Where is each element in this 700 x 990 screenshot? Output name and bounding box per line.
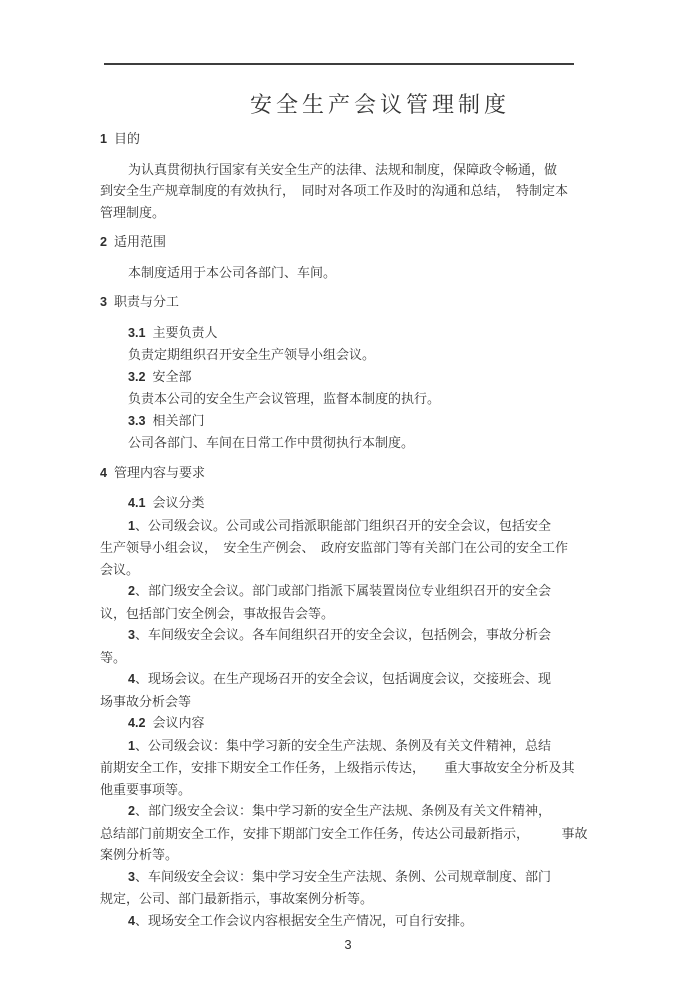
list-item-line: 规定，公司、部门最新指示，事故案例分析等。 — [100, 888, 596, 910]
item-number: 1 — [100, 132, 107, 146]
item-number: 4 — [100, 466, 107, 480]
text-content: 安全部 — [153, 369, 192, 384]
list-item-line: 前期安全工作，安排下期安全工作任务，上级指示传达， 重大事故安全分析及其 — [100, 757, 596, 779]
subsection-heading: 4.1会议分类 — [100, 492, 596, 515]
text-content: 为认真贯彻执行国家有关安全生产的法律、法规和制度，保障政令畅通，做 — [128, 162, 557, 177]
list-item-line: 2、部门级安全会议：集中学习新的安全生产法规、条例及有关文件精神， — [100, 800, 596, 823]
paragraph-line: 管理制度。 — [100, 202, 596, 224]
text-content: 会议内容 — [153, 715, 205, 730]
text-content: 等。 — [100, 650, 126, 665]
item-number: 1 — [128, 739, 135, 753]
list-item-line: 议，包括部门安全例会，事故报告会等。 — [100, 603, 596, 625]
text-content: 、现场会议。在生产现场召开的安全会议，包括调度会议，交接班会、现 — [135, 671, 551, 686]
document-page: 安全生产会议管理制度 1目的为认真贯彻执行国家有关安全生产的法律、法规和制度，保… — [0, 0, 700, 990]
item-number: 2 — [128, 804, 135, 818]
text-content: 公司各部门、车间在日常工作中贯彻执行本制度。 — [128, 435, 414, 450]
text-content: 管理内容与要求 — [114, 465, 205, 480]
list-item-line: 等。 — [100, 647, 596, 669]
text-content: 负责定期组织召开安全生产领导小组会议。 — [128, 347, 375, 362]
text-content: 、部门级安全会议：集中学习新的安全生产法规、条例及有关文件精神， — [135, 803, 551, 818]
paragraph-line: 本制度适用于本公司各部门、车间。 — [100, 262, 596, 284]
text-content: 、车间级安全会议。各车间组织召开的安全会议，包括例会，事故分析会 — [135, 627, 551, 642]
text-content: 议，包括部门安全例会，事故报告会等。 — [100, 606, 334, 621]
paragraph-line: 负责定期组织召开安全生产领导小组会议。 — [100, 344, 596, 366]
paragraph-line: 负责本公司的安全生产会议管理，监督本制度的执行。 — [100, 388, 596, 410]
item-number: 4 — [128, 672, 135, 686]
text-content: 相关部门 — [153, 413, 205, 428]
item-number: 1 — [128, 519, 135, 533]
item-number: 4.2 — [128, 716, 146, 730]
header-rule — [104, 63, 574, 65]
text-content: 主要负责人 — [153, 325, 218, 340]
list-item-line: 3、车间级安全会议。各车间组织召开的安全会议，包括例会，事故分析会 — [100, 624, 596, 647]
text-content: 、公司级会议：集中学习新的安全生产法规、条例及有关文件精神，总结 — [135, 738, 551, 753]
text-content: 规定，公司、部门最新指示，事故案例分析等。 — [100, 891, 373, 906]
item-number: 3 — [128, 870, 135, 884]
item-number: 3.3 — [128, 414, 146, 428]
list-item-line: 他重要事项等。 — [100, 779, 596, 801]
text-content: 本制度适用于本公司各部门、车间。 — [128, 265, 336, 280]
item-number: 3.1 — [128, 326, 146, 340]
item-number: 3.2 — [128, 370, 146, 384]
text-content: 管理制度。 — [100, 205, 165, 220]
list-item-line: 会议。 — [100, 559, 596, 581]
page-number: 3 — [100, 934, 596, 956]
text-content: 、车间级安全会议：集中学习安全生产法规、条例、公司规章制度、部门 — [135, 869, 551, 884]
text-content: 他重要事项等。 — [100, 782, 191, 797]
list-item-line: 4、现场会议。在生产现场召开的安全会议，包括调度会议，交接班会、现 — [100, 668, 596, 691]
text-content: 场事故分析会等 — [100, 694, 191, 709]
text-content: 目的 — [114, 131, 140, 146]
text-content: 、公司级会议。公司或公司指派职能部门组织召开的安全会议，包括安全 — [135, 518, 551, 533]
text-content: 职责与分工 — [114, 294, 179, 309]
text-content: 生产领导小组会议， 安全生产例会、 政府安监部门等有关部门在公司的安全工作 — [100, 540, 568, 555]
list-item-line: 1、公司级会议：集中学习新的安全生产法规、条例及有关文件精神，总结 — [100, 735, 596, 758]
paragraph-line: 为认真贯彻执行国家有关安全生产的法律、法规和制度，保障政令畅通，做 — [100, 159, 596, 181]
section-heading: 4管理内容与要求 — [100, 462, 596, 485]
text-content: 、现场安全工作会议内容根据安全生产情况，可自行安排。 — [135, 913, 473, 928]
list-item-line: 4、现场安全工作会议内容根据安全生产情况，可自行安排。 — [100, 910, 596, 933]
text-content: 会议分类 — [153, 495, 205, 510]
subsection-heading: 3.1主要负责人 — [100, 322, 596, 345]
section-heading: 2适用范围 — [100, 231, 596, 254]
list-item-line: 1、公司级会议。公司或公司指派职能部门组织召开的安全会议，包括安全 — [100, 515, 596, 538]
subsection-heading: 4.2会议内容 — [100, 712, 596, 735]
subsection-heading: 3.2安全部 — [100, 366, 596, 389]
document-title: 安全生产会议管理制度 — [100, 90, 596, 120]
item-number: 2 — [128, 584, 135, 598]
section-heading: 3职责与分工 — [100, 291, 596, 314]
list-item-line: 生产领导小组会议， 安全生产例会、 政府安监部门等有关部门在公司的安全工作 — [100, 537, 596, 559]
section-heading: 1目的 — [100, 128, 596, 151]
item-number: 3 — [100, 295, 107, 309]
list-item-line: 3、车间级安全会议：集中学习安全生产法规、条例、公司规章制度、部门 — [100, 866, 596, 889]
text-content: 总结部门前期安全工作，安排下期部门安全工作任务，传达公司最新指示， 事故 — [100, 826, 588, 841]
text-content: 负责本公司的安全生产会议管理，监督本制度的执行。 — [128, 391, 440, 406]
text-content: 会议。 — [100, 562, 139, 577]
text-content: 前期安全工作，安排下期安全工作任务，上级指示传达， 重大事故安全分析及其 — [100, 760, 575, 775]
text-content: 适用范围 — [114, 234, 166, 249]
text-content: 案例分析等。 — [100, 847, 178, 862]
text-content: 到安全生产规章制度的有效执行， 同时对各项工作及时的沟通和总结， 特制定本 — [100, 183, 568, 198]
document-content: 安全生产会议管理制度 1目的为认真贯彻执行国家有关安全生产的法律、法规和制度，保… — [100, 0, 596, 956]
list-item-line: 2、部门级安全会议。部门或部门指派下属装置岗位专业组织召开的安全会 — [100, 580, 596, 603]
item-number: 4.1 — [128, 496, 146, 510]
document-body: 1目的为认真贯彻执行国家有关安全生产的法律、法规和制度，保障政令畅通，做到安全生… — [100, 128, 596, 932]
text-content: 、部门级安全会议。部门或部门指派下属装置岗位专业组织召开的安全会 — [135, 583, 551, 598]
paragraph-line: 公司各部门、车间在日常工作中贯彻执行本制度。 — [100, 432, 596, 454]
item-number: 2 — [100, 235, 107, 249]
paragraph-line: 到安全生产规章制度的有效执行， 同时对各项工作及时的沟通和总结， 特制定本 — [100, 180, 596, 202]
subsection-heading: 3.3相关部门 — [100, 410, 596, 433]
list-item-line: 场事故分析会等 — [100, 691, 596, 713]
list-item-line: 总结部门前期安全工作，安排下期部门安全工作任务，传达公司最新指示， 事故 — [100, 823, 596, 845]
item-number: 4 — [128, 914, 135, 928]
list-item-line: 案例分析等。 — [100, 844, 596, 866]
item-number: 3 — [128, 628, 135, 642]
